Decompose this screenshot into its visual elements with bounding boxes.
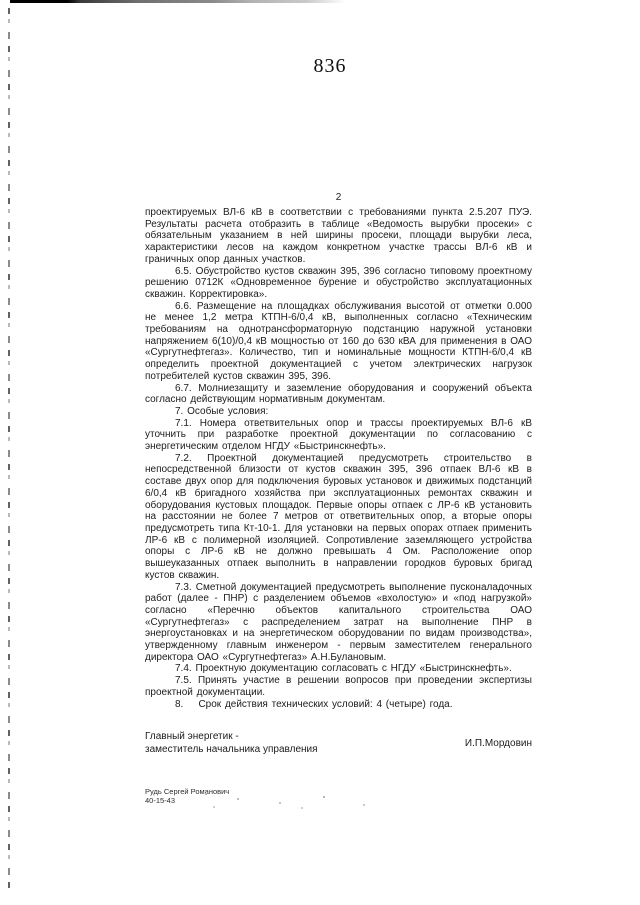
contact-phone: 40-15-43 (145, 796, 532, 805)
paragraph-7-heading: 7. Особые условия: (145, 406, 532, 418)
sheet-number: 2 (145, 192, 532, 203)
scanned-document-page: 836 2 проектируемых ВЛ-6 кВ в соответств… (0, 0, 640, 905)
page-number: 836 (0, 55, 640, 78)
paragraph-8: 8. Срок действия технических условий: 4 … (145, 699, 532, 711)
paragraph-6-7: 6.7. Молниезащиту и заземление оборудова… (145, 383, 532, 406)
document-body: проектируемых ВЛ-6 кВ в соответствии с т… (145, 207, 532, 710)
document-column: 2 проектируемых ВЛ-6 кВ в соответствии с… (145, 192, 532, 805)
scan-artifact-left-edge (8, 8, 10, 888)
contact-name: Рудь Сергей Романович (145, 787, 532, 796)
paragraph-7-3: 7.3. Сметной документацией предусмотреть… (145, 582, 532, 664)
scan-artifact-top-bar (10, 0, 346, 3)
paragraph-7-4: 7.4. Проектную документацию согласовать … (145, 663, 532, 675)
signature-name: И.П.Мордовин (465, 738, 532, 749)
signature-titles: Главный энергетик - заместитель начальни… (145, 731, 318, 756)
signature-title-line1: Главный энергетик - (145, 731, 318, 744)
paragraph-7-5: 7.5. Принять участие в решении вопросов … (145, 675, 532, 698)
paragraph-continuation: проектируемых ВЛ-6 кВ в соответствии с т… (145, 207, 532, 266)
contact-block: Рудь Сергей Романович 40-15-43 (145, 787, 532, 805)
signature-block: Главный энергетик - заместитель начальни… (145, 731, 532, 756)
paragraph-7-2: 7.2. Проектной документацией предусмотре… (145, 453, 532, 582)
paragraph-6-5: 6.5. Обустройство кустов скважин 395, 39… (145, 266, 532, 301)
paragraph-7-1: 7.1. Номера ответвительных опор и трассы… (145, 418, 532, 453)
signature-title-line2: заместитель начальника управления (145, 744, 318, 757)
scan-artifact-noise (205, 793, 207, 795)
paragraph-6-6: 6.6. Размещение на площадках обслуживани… (145, 301, 532, 383)
